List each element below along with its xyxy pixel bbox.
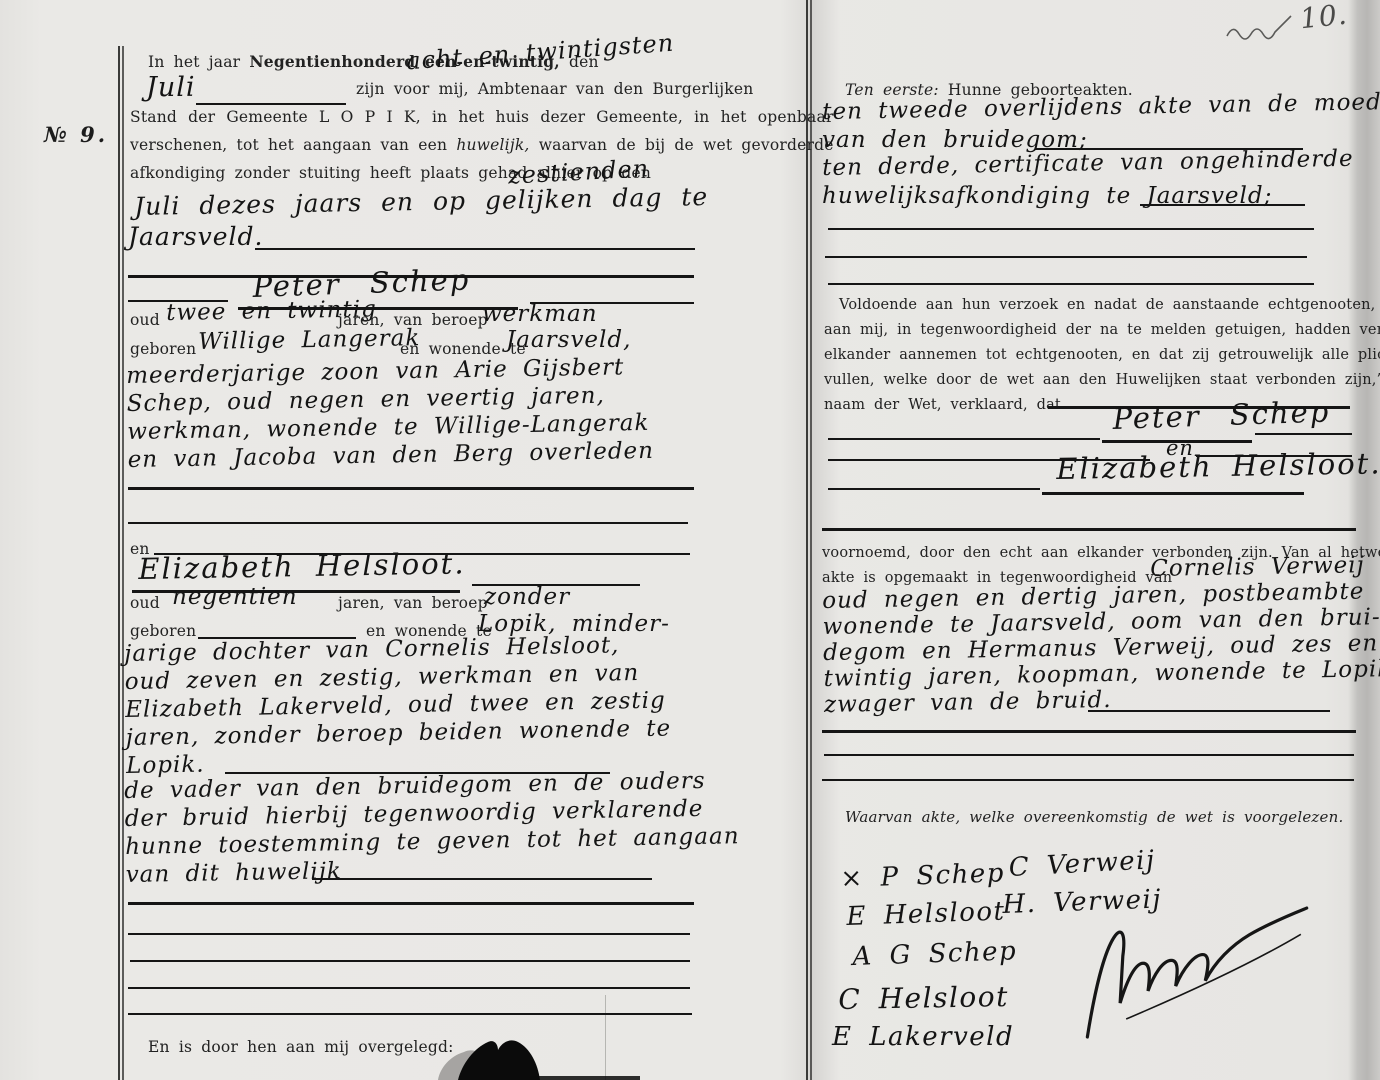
blank-rule-d [128, 933, 690, 935]
act-number: № 9. [44, 122, 108, 147]
decl-paragraph-line: naam der Wet, verklaard, dat [824, 397, 1061, 413]
decl-paragraph-line: aan mij, in tegenwoordigheid der na te m… [824, 322, 1380, 338]
intro-line4-pre: verschenen, tot het aangaan van een [130, 136, 447, 154]
blank-rule-i [825, 256, 1307, 258]
intro-place-rule [255, 248, 695, 250]
decl-paragraph-line: elkander aannemen tot echtgenooten, en d… [824, 347, 1380, 363]
witness-details-block: oud negen en dertig jaren, postbeambte w… [822, 578, 1380, 718]
blank-rule-h [828, 228, 1314, 230]
blank-rule-c [128, 902, 694, 905]
scan-artifact-blob [420, 1030, 640, 1080]
decl-paragraph-line: Voldoende aan hun verzoek en nadat de aa… [839, 297, 1380, 313]
intro-line6-handwritten: Juli dezes jaars en op gelijken dag te [134, 182, 708, 221]
signature-h-verweij: H. Verweij [1002, 884, 1162, 920]
intro-place-handwritten: Jaarsveld. [128, 222, 263, 251]
signature-c-helsloot: C Helsloot [838, 980, 1009, 1016]
signature-e-helsloot: E Helsloot [846, 896, 1006, 932]
bride-geboren-label: geboren [130, 622, 196, 640]
intro-line4: verschenen, tot het aangaan van een huwe… [130, 136, 834, 154]
blank-rule-g [128, 1013, 692, 1015]
groom-geboren-label: geboren [130, 340, 196, 358]
overgelegd-label: En is door hen aan mij overgelegd: [148, 1038, 454, 1056]
decl-groom-name: Peter Schep [1112, 394, 1331, 436]
signature-a-g-schep: A G Schep [852, 936, 1018, 972]
blank-rule-j [828, 283, 1314, 285]
blank-rule-k [822, 730, 1356, 733]
groom-beroep-handwritten: werkman [482, 301, 598, 327]
blank-rule-l [824, 754, 1354, 756]
docs-rule-b [1140, 204, 1305, 206]
witness-section-top-rule [822, 528, 1356, 531]
groom-details-block: meerderjarige zoon van Arie Gijsbert Sch… [126, 354, 654, 475]
signature-p-schep: × P Schep [840, 858, 1005, 894]
intro-line4-huwelijk: huwelijk, [456, 136, 529, 154]
blank-rule-e [130, 960, 690, 962]
intro-blank-rule [196, 103, 346, 105]
decl-paragraph-line: vullen, welke door de wet aan den Huweli… [824, 372, 1380, 388]
closing-statement: Waarvan akte, welke overeenkomstig de we… [845, 808, 1343, 826]
gutter-rule-outer [806, 0, 808, 1080]
bride-details-block: jarige dochter van Cornelis Helsloot, ou… [124, 631, 672, 780]
bride-name-heading: Elizabeth Helsloot. [138, 546, 466, 586]
decl-groom-rule-right [1255, 433, 1352, 435]
groom-birthplace-handwritten: Willige Langerak [198, 325, 421, 355]
blank-rule-b [128, 522, 688, 524]
intro-line3: Stand der Gemeente L O P I K, in het hui… [130, 108, 834, 126]
groom-oud-label: oud [130, 311, 160, 329]
decl-bride-rule-left [828, 488, 1040, 490]
scanned-marriage-certificate: 10. № 9. In het jaar Negentienhonderd ee… [0, 0, 1380, 1080]
intro-month-handwritten: Juli [146, 72, 195, 103]
decl-bride-underline [1042, 492, 1304, 495]
signature-e-lakerveld: E Lakerveld [832, 1022, 1014, 1052]
blank-rule-f [128, 987, 690, 989]
consent-block: de vader van den bruidegom en de ouders … [124, 767, 740, 890]
corner-page-number: 10. [1298, 0, 1349, 35]
bride-oud-label: oud [130, 594, 160, 612]
bride-age-handwritten: negentien [172, 584, 298, 610]
witness1-name-handwritten: Cornelis Verweij [1150, 552, 1365, 582]
decl-bride-name: Elizabeth Helsloot. [1056, 446, 1380, 486]
intro-line2: zijn voor mij, Ambtenaar van den Burgerl… [356, 80, 753, 98]
groom-residence-handwritten: Jaarsveld, [506, 327, 631, 353]
groom-section-end-rule [128, 487, 694, 490]
witness-end-rule [1088, 710, 1330, 712]
intro-line1-pre: In het jaar [148, 53, 240, 71]
signature-c-verweij: C Verweij [1008, 845, 1156, 883]
left-margin-rule-inner [122, 46, 124, 1080]
blank-rule-m [822, 779, 1354, 781]
bride-beroep-label: jaren, van beroep [338, 594, 488, 612]
gutter-rule-inner [810, 0, 812, 1080]
consent-end-rule [312, 878, 652, 880]
decl-groom-rule-left [828, 438, 1100, 440]
intro-line4-post: waarvan de bij de wet gevorderde [539, 136, 834, 154]
pencil-scribble [1225, 14, 1305, 44]
left-margin-rule-outer [118, 46, 120, 1080]
bride-beroep-handwritten: zonder [484, 584, 570, 610]
